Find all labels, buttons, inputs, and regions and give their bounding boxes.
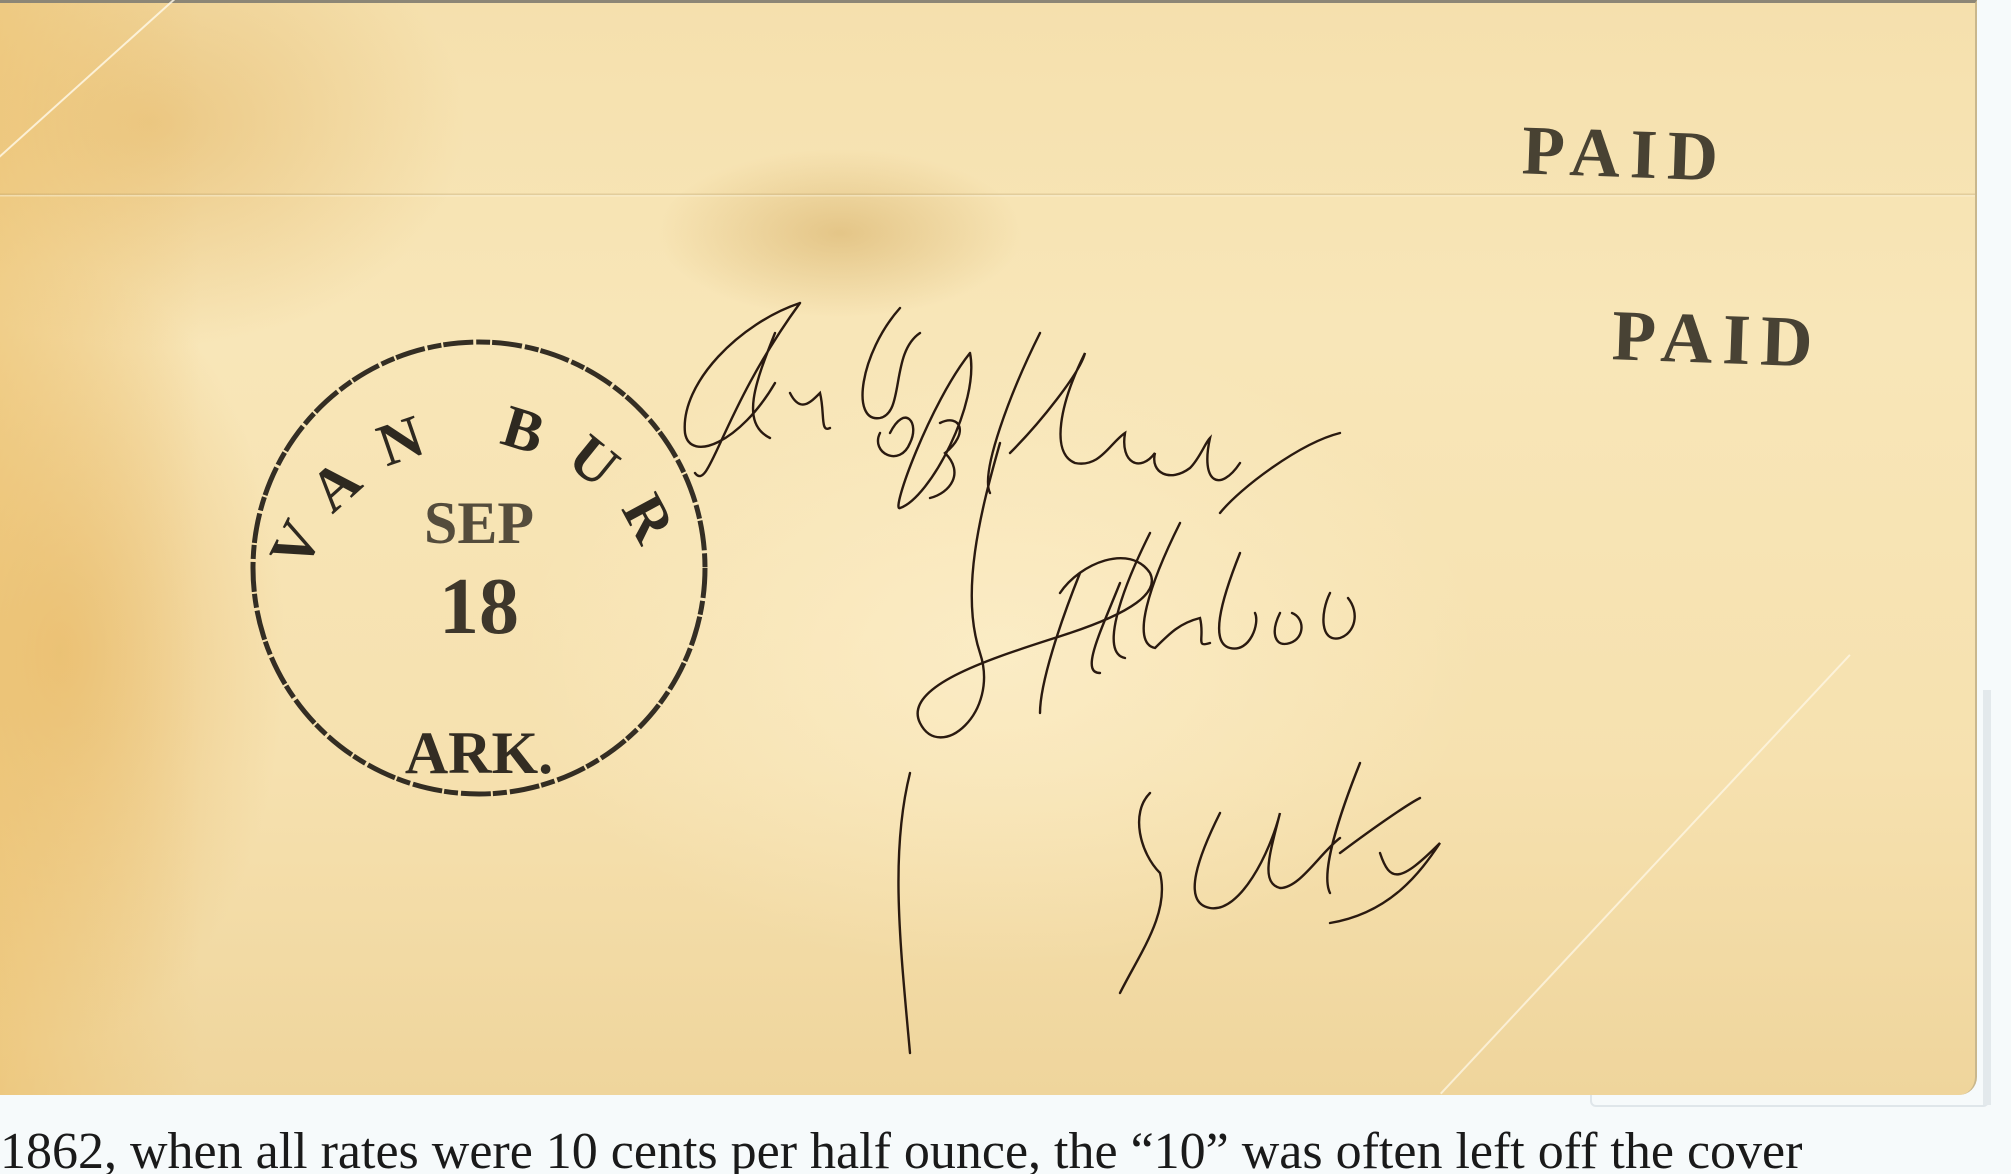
- address-line-1: Mrs. G. R. Keesee: [680, 293, 861, 317]
- scanned-page: VAN BUREN SEP 18 ARK. PAID PAID: [0, 0, 2011, 1174]
- mount-sleeve-edge: [1590, 1095, 1989, 1107]
- postmark-graphic: VAN BUREN SEP 18 ARK.: [244, 333, 714, 803]
- address-line-2: Hillsboro: [680, 323, 773, 347]
- address-line-3: Ark: [680, 353, 716, 377]
- caption-text: 1862, when all rates were 10 cents per h…: [0, 1126, 2011, 1174]
- address-script: [680, 293, 1960, 1083]
- envelope-cover: VAN BUREN SEP 18 ARK. PAID PAID: [0, 0, 1977, 1095]
- postmark-day: 18: [439, 563, 519, 651]
- handwritten-address: Mrs. G. R. Keesee Hillsboro Ark: [680, 293, 1960, 1083]
- flap-crease: [0, 0, 323, 174]
- mount-sleeve-side: [1983, 690, 1991, 1105]
- paid-handstamp-upper: PAID: [1521, 111, 1730, 198]
- postmark-month: SEP: [424, 490, 534, 556]
- circular-datestamp: VAN BUREN SEP 18 ARK.: [244, 333, 714, 803]
- postmark-state: ARK.: [405, 720, 553, 786]
